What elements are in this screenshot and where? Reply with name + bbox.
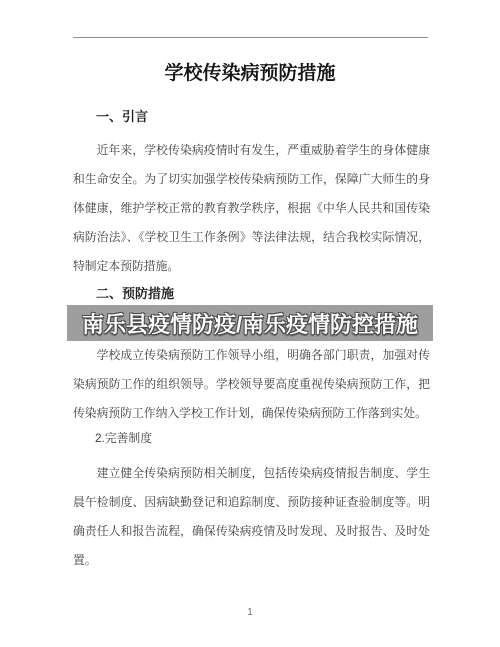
document-page: 学校传染病预防措施 一、引言 近年来，学校传染病疫情时有发生，严重威胁着学生的身… xyxy=(0,0,500,647)
document-title: 学校传染病预防措施 xyxy=(0,62,500,85)
watermark-banner-text: 南乐县疫情防疫/南乐疫情防控措施 xyxy=(82,308,418,339)
header-rule xyxy=(73,37,428,38)
section-heading-measures: 二、预防措施 xyxy=(96,285,174,302)
section-heading-intro: 一、引言 xyxy=(96,108,148,125)
paragraph-system: 建立健全传染病预防相关制度，包括传染病疫情报告制度、学生晨午检制度、因病缺勤登记… xyxy=(73,459,430,575)
watermark-banner: 南乐县疫情防疫/南乐疫情防控措施 xyxy=(67,305,433,341)
subheading-system: 2.完善制度 xyxy=(95,430,152,446)
page-number: 1 xyxy=(0,607,500,618)
paragraph-organization: 学校成立传染病预防工作领导小组，明确各部门职责，加强对传染病预防工作的组织领导。… xyxy=(73,341,430,428)
paragraph-intro: 近年来，学校传染病疫情时有发生，严重威胁着学生的身体健康和生命安全。为了切实加强… xyxy=(73,136,430,281)
